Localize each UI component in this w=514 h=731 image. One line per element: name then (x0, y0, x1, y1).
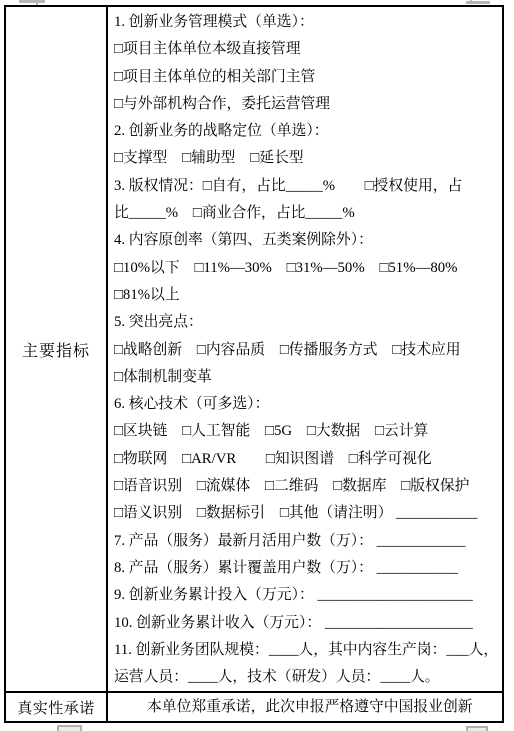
main-indicators-content: 1. 创新业务管理模式（单选）： □项目主体单位本级直接管理 □项目主体单位的相… (108, 7, 502, 691)
form-line-item6-options1: □区块链 □人工智能 □5G □大数据 □云计算 (114, 418, 500, 445)
form-line-item11-part1: 11. 创新业务团队规模：____人，其中内容生产岗：___人， (114, 637, 500, 664)
form-line-item5-options1: □战略创新 □内容品质 □传播服务方式 □技术应用 (114, 337, 500, 364)
form-line-item5-options2: □体制机制变革 (114, 364, 500, 391)
form-line-item10: 10. 创新业务累计收入（万元）： ____________________ (114, 610, 500, 637)
form-line-item11-part2: 运营人员：____人，技术（研发）人员：____人。 (114, 664, 500, 691)
form-line-item1-option3: □与外部机构合作，委托运营管理 (114, 91, 500, 118)
form-line-item4-options2: □81%以上 (114, 282, 500, 309)
form-line-item5-title: 5. 突出亮点： (114, 309, 500, 336)
page-fragment-top-left (19, 0, 45, 3)
row-label-authenticity-promise: 真实性承诺 (6, 693, 108, 721)
form-line-item1-title: 1. 创新业务管理模式（单选）： (114, 9, 500, 36)
page-fragment-top-right-stub (470, 0, 472, 1)
page-fragment-top-right (466, 1, 490, 4)
form-line-item6-title: 6. 核心技术（可多选）： (114, 391, 500, 418)
form-line-item2-options: □支撑型 □辅助型 □延长型 (114, 145, 500, 172)
main-indicators-row: 主要指标 1. 创新业务管理模式（单选）： □项目主体单位本级直接管理 □项目主… (6, 7, 502, 693)
form-line-item6-options3: □语音识别 □流媒体 □二维码 □数据库 □版权保护 (114, 473, 500, 500)
form-line-item8: 8. 产品（服务）累计覆盖用户数（万）： ___________ (114, 555, 500, 582)
form-line-item3-part2: 比_____% □商业合作，占比_____% (114, 200, 500, 227)
page-fragment-bottom-right (466, 726, 488, 731)
form-line-item4-title: 4. 内容原创率（第四、五类案例除外）： (114, 227, 500, 254)
application-form-table: 主要指标 1. 创新业务管理模式（单选）： □项目主体单位本级直接管理 □项目主… (4, 5, 504, 723)
form-line-item6-options2: □物联网 □AR/VR □知识图谱 □科学可视化 (114, 446, 500, 473)
form-line-item2-title: 2. 创新业务的战略定位（单选）： (114, 118, 500, 145)
form-line-item1-option2: □项目主体单位的相关部门主管 (114, 64, 500, 91)
form-line-item6-options4: □语义识别 □数据标引 □其他（请注明） ___________ (114, 500, 500, 527)
promise-text-line: 本单位郑重承诺，此次申报严格遵守中国报业创新 (114, 694, 473, 720)
form-line-item4-options1: □10%以下 □11%—30% □31%—50% □51%—80% (114, 255, 500, 282)
form-line-item3-part1: 3. 版权情况：□自有，占比_____% □授权使用，占 (114, 173, 500, 200)
row-label-main-indicators: 主要指标 (6, 7, 108, 691)
authenticity-promise-content: 本单位郑重承诺，此次申报严格遵守中国报业创新 (108, 693, 502, 721)
form-line-item1-option1: □项目主体单位本级直接管理 (114, 36, 500, 63)
form-line-item9: 9. 创新业务累计投入（万元）： _____________________ (114, 582, 500, 609)
form-line-item7: 7. 产品（服务）最新月活用户数（万）： ____________ (114, 528, 500, 555)
authenticity-promise-row: 真实性承诺 本单位郑重承诺，此次申报严格遵守中国报业创新 (6, 693, 502, 721)
page-fragment-bottom-left (57, 725, 82, 731)
